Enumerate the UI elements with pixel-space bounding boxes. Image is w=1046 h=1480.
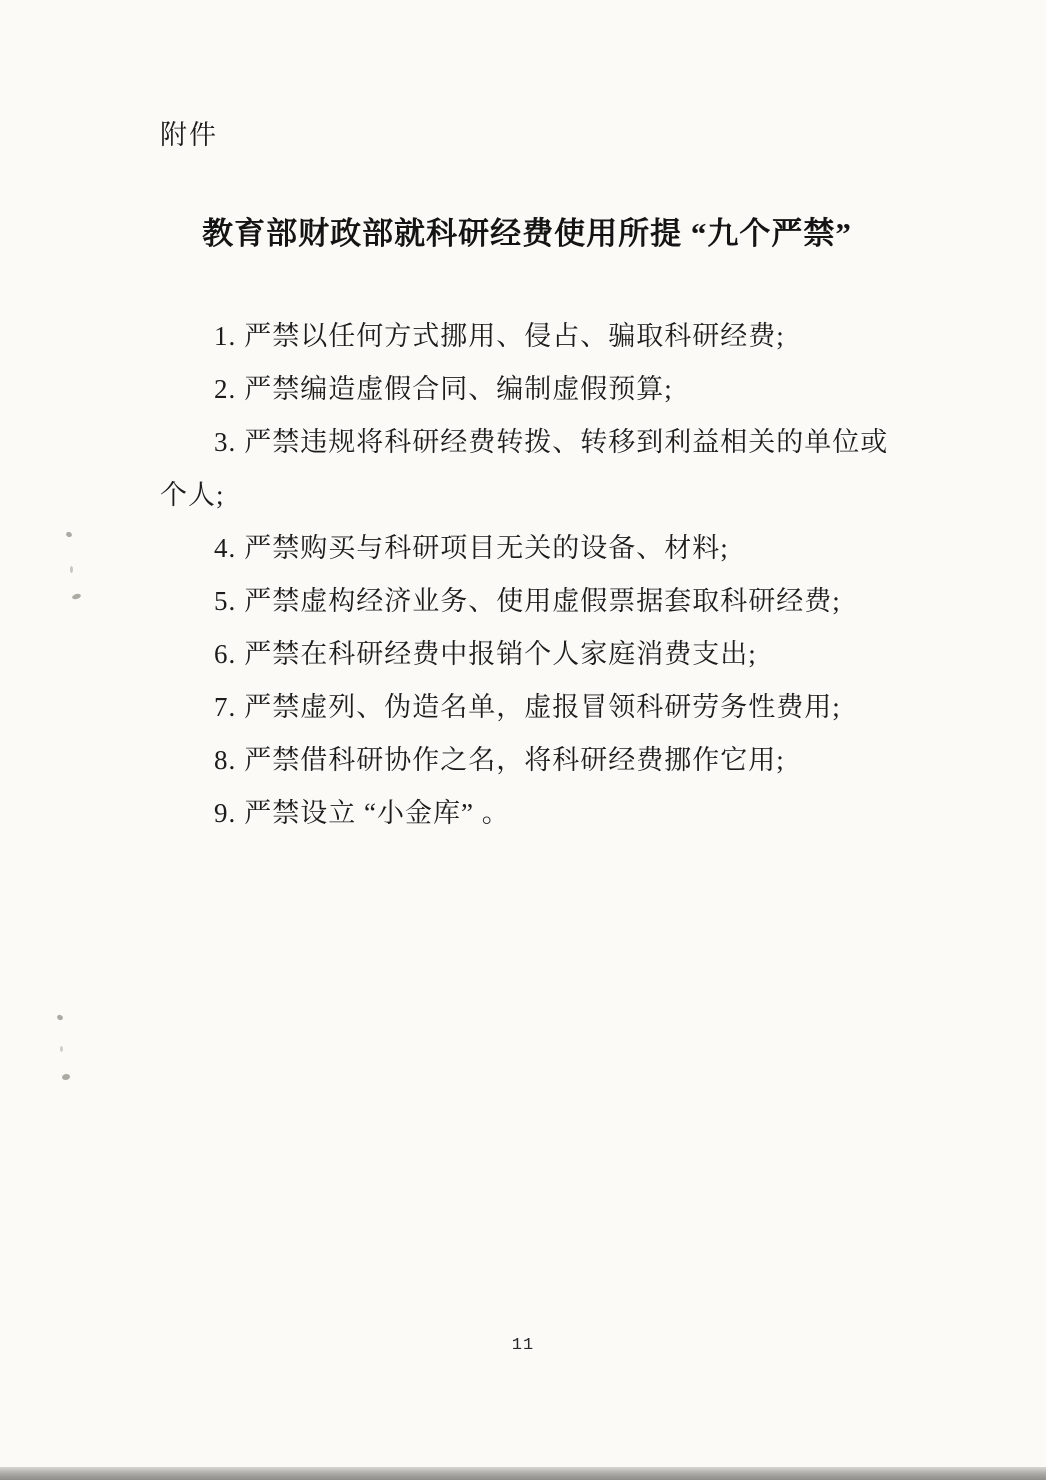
item-text: 严禁虚构经济业务、使用虚假票据套取科研经费; — [244, 586, 841, 616]
list-item: 2.严禁编造虚假合同、编制虚假预算; — [160, 363, 894, 416]
list-item: 6.严禁在科研经费中报销个人家庭消费支出; — [160, 628, 894, 681]
item-number: 4. — [214, 533, 236, 563]
item-text: 严禁以任何方式挪用、侵占、骗取科研经费; — [244, 321, 785, 351]
list-item: 4.严禁购买与科研项目无关的设备、材料; — [160, 522, 894, 575]
scan-smudge — [71, 593, 81, 601]
item-number: 1. — [214, 321, 236, 351]
scan-edge-shadow — [0, 1467, 1046, 1480]
document-title: 教育部财政部就科研经费使用所提 “九个严禁” — [160, 214, 894, 254]
item-number: 9. — [214, 798, 236, 828]
list-item: 3.严禁违规将科研经费转拨、转移到利益相关的单位或个人; — [160, 416, 894, 522]
item-number: 3. — [214, 427, 236, 457]
item-text: 严禁设立 “小金库” 。 — [244, 798, 509, 828]
item-number: 5. — [214, 586, 236, 616]
scan-smudge — [65, 531, 73, 538]
scan-smudge — [70, 566, 73, 573]
list-item: 7.严禁虚列、伪造名单，虚报冒领科研劳务性费用; — [160, 681, 894, 734]
item-number: 6. — [214, 639, 236, 669]
item-text: 严禁虚列、伪造名单，虚报冒领科研劳务性费用; — [244, 692, 841, 722]
item-number: 2. — [214, 374, 236, 404]
item-number: 7. — [214, 692, 236, 722]
list-item: 9.严禁设立 “小金库” 。 — [160, 787, 894, 840]
item-text: 严禁借科研协作之名，将科研经费挪作它用; — [244, 745, 785, 775]
item-text: 严禁购买与科研项目无关的设备、材料; — [244, 533, 729, 563]
list-item: 5.严禁虚构经济业务、使用虚假票据套取科研经费; — [160, 575, 894, 628]
attachment-label: 附件 — [160, 118, 894, 152]
scanned-document-page: 附件 教育部财政部就科研经费使用所提 “九个严禁” 1.严禁以任何方式挪用、侵占… — [0, 0, 1046, 1480]
scan-smudge — [56, 1014, 64, 1021]
item-text: 严禁在科研经费中报销个人家庭消费支出; — [244, 639, 757, 669]
item-number: 8. — [214, 745, 236, 775]
item-text: 严禁编造虚假合同、编制虚假预算; — [244, 374, 673, 404]
scan-smudge — [60, 1046, 63, 1052]
list-item: 1.严禁以任何方式挪用、侵占、骗取科研经费; — [160, 310, 894, 363]
item-text: 严禁违规将科研经费转拨、转移到利益相关的单位或个人; — [160, 427, 888, 510]
page-number: 11 — [0, 1336, 1046, 1355]
scan-smudge — [61, 1073, 70, 1081]
prohibition-list: 1.严禁以任何方式挪用、侵占、骗取科研经费; 2.严禁编造虚假合同、编制虚假预算… — [160, 310, 894, 840]
list-item: 8.严禁借科研协作之名，将科研经费挪作它用; — [160, 734, 894, 787]
